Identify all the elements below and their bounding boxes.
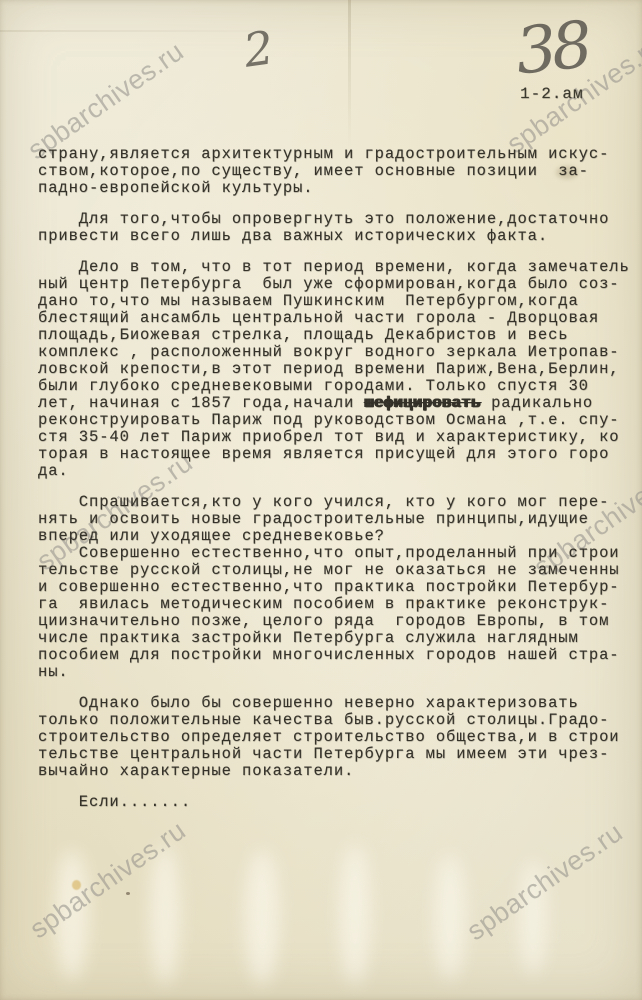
- typed-paragraph: Для того,чтобы опровергнуть это положени…: [38, 211, 642, 245]
- typed-text: страну,является архитектурным и градостр…: [38, 146, 642, 811]
- typed-line: дано то,что мы называем Пушкинским Петер…: [38, 293, 642, 310]
- typed-line: Спрашивается,кто у кого учился, кто у ко…: [38, 494, 642, 511]
- typed-line: вычайно характерные показатели.: [38, 763, 642, 780]
- typed-line: циизначительно позже, целого ряда городо…: [38, 613, 642, 630]
- archive-watermark: spbarchives.ru: [24, 815, 191, 945]
- typed-line: Однако было бы совершенно неверно характ…: [38, 695, 642, 712]
- typed-paragraph: Спрашивается,кто у кого учился, кто у ко…: [38, 494, 642, 545]
- typed-line: тельстве центральной части Петербурга мы…: [38, 746, 642, 763]
- handwritten-folio-number: 38: [512, 8, 591, 89]
- typed-line: страну,является архитектурным и градостр…: [38, 146, 642, 163]
- typed-line: блестящий ансамбль центральной части гор…: [38, 310, 642, 327]
- typed-line: торая в настоящее время является присуще…: [38, 446, 642, 463]
- typed-line: лет, начиная с 1857 года,начали шефициро…: [38, 395, 642, 412]
- typed-line: площадь,Биожевая стрелка, площадь Декабр…: [38, 327, 642, 344]
- paper-fold: [245, 850, 279, 985]
- typed-line: только положительные качества быв.русско…: [38, 712, 642, 729]
- typed-line: нять и освоить новые градостроительные п…: [38, 511, 642, 528]
- typed-line: вперед или уходящее средневековье?: [38, 528, 642, 545]
- typed-line: га явилась методическим пособием в практ…: [38, 596, 642, 613]
- archive-watermark: spbarchives.ru: [461, 817, 628, 947]
- document-page: spbarchives.ru spbarchives.ru spbarchive…: [0, 0, 642, 1000]
- typed-line: Дело в том, что в тот период времени, ко…: [38, 259, 642, 276]
- paper-fold: [435, 855, 465, 980]
- typed-line: были глубоко средневековыми городами. То…: [38, 378, 642, 395]
- typed-line: Для того,чтобы опровергнуть это положени…: [38, 211, 642, 228]
- typed-line: ством,которое,по существу, имеет основны…: [38, 163, 642, 180]
- typed-line: ловской крепости,в этот период времени П…: [38, 361, 642, 378]
- typed-line: Если.......: [38, 794, 642, 811]
- paper-fold: [340, 845, 370, 985]
- typed-line: комплекс , расположенный вокруг водного …: [38, 344, 642, 361]
- typed-paragraph: Совершенно естественно,что опыт,проделан…: [38, 545, 642, 681]
- typed-line: числе практика застройки Петербурга служ…: [38, 630, 642, 647]
- typed-line: привести всего лишь два важных историчес…: [38, 228, 642, 245]
- typed-line: строительство определяет строительство о…: [38, 729, 642, 746]
- paper-crease: [348, 0, 351, 150]
- typed-line: реконструировать Париж под руководством …: [38, 412, 642, 429]
- overstruck-word: шефицировать: [364, 394, 480, 412]
- typed-line: да.: [38, 463, 642, 480]
- typed-line: ный центр Петербурга был уже сформирован…: [38, 276, 642, 293]
- typed-paragraph: страну,является архитектурным и градостр…: [38, 146, 642, 197]
- handwritten-page-number: 2: [240, 20, 277, 78]
- typed-line: Совершенно естественно,что опыт,проделан…: [38, 545, 642, 562]
- typed-code: 1-2.ам: [520, 85, 584, 103]
- typed-line: тельстве русской столицы,не мог не оказа…: [38, 562, 642, 579]
- typed-line: стя 35-40 лет Париж приобрел тот вид и х…: [38, 429, 642, 446]
- typed-paragraph: Дело в том, что в тот период времени, ко…: [38, 259, 642, 480]
- typed-line: ны.: [38, 664, 642, 681]
- typed-line: пособием для постройки многочисленных го…: [38, 647, 642, 664]
- paper-stain: [126, 892, 130, 895]
- typed-line: и совершенно естественно,что практика по…: [38, 579, 642, 596]
- typed-paragraph: Если.......: [38, 794, 642, 811]
- typed-line: падно-европейской культуры.: [38, 180, 642, 197]
- typed-paragraph: Однако было бы совершенно неверно характ…: [38, 695, 642, 780]
